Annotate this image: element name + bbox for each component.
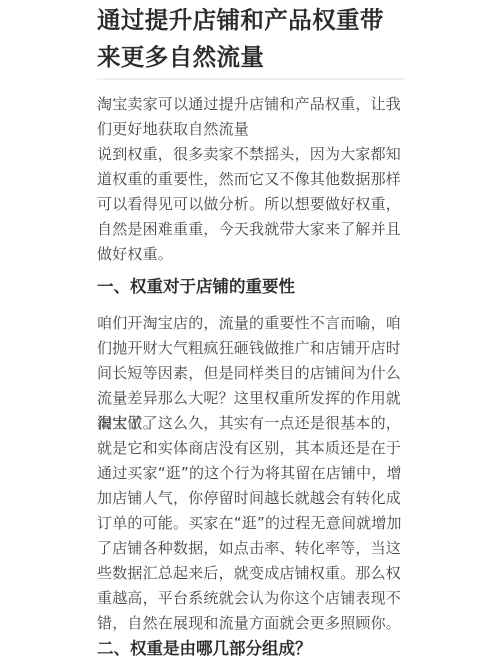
- body-paragraph: 说到权重，很多卖家不禁摇头，因为大家都知道权重的重要性，然而它又不像其他数据那样…: [97, 142, 407, 267]
- intro-paragraph: 淘宝卖家可以通过提升店铺和产品权重，让我们更好地获取自然流量: [97, 92, 407, 142]
- section-heading: 二、权重是由哪几部分组成？: [97, 636, 407, 662]
- title-divider: [97, 78, 405, 80]
- body-paragraph: 淘宝做了这么久，其实有一点还是很基本的，就是它和实体商店没有区别，其本质还是在于…: [97, 411, 407, 636]
- article-title: 通过提升店铺和产品权重带来更多自然流量: [97, 2, 407, 76]
- section-heading: 一、权重对于店铺的重要性: [97, 274, 407, 300]
